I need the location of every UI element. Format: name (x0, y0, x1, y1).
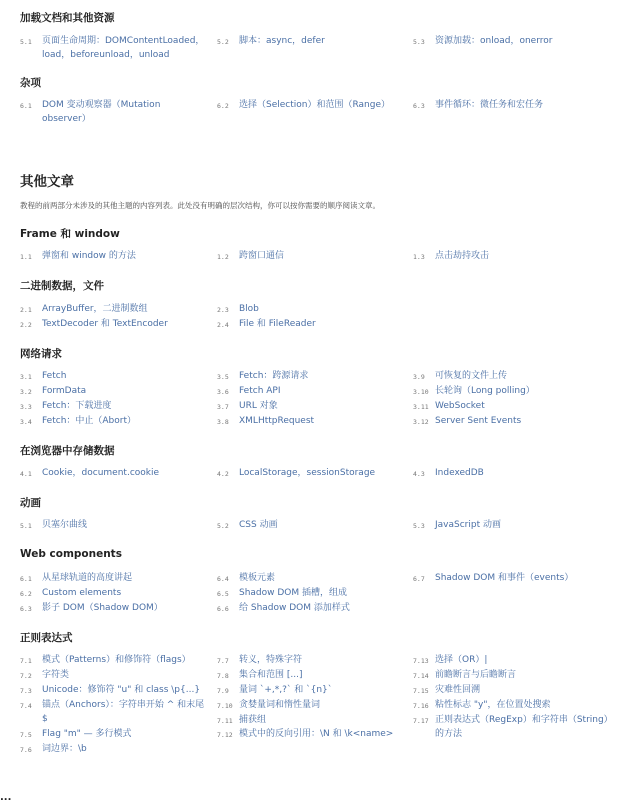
item-number: 3.12 (413, 415, 429, 429)
item-number: 3.8 (217, 415, 229, 429)
article-link[interactable]: 资源加载：onload，onerror (435, 34, 552, 48)
item-number: 3.11 (413, 400, 429, 414)
article-link[interactable]: 可恢复的文件上传 (435, 369, 507, 383)
article-link[interactable]: Fetch：中止（Abort） (42, 414, 136, 428)
item-number: 5.1 (20, 519, 32, 533)
article-link[interactable]: Blob (239, 302, 259, 316)
article-link[interactable]: 脚本：async，defer (239, 34, 325, 48)
article-link[interactable]: Fetch (42, 369, 66, 383)
item-number: 7.11 (217, 714, 233, 728)
item-number: 7.6 (20, 743, 32, 757)
item-number: 7.13 (413, 654, 429, 668)
section-heading-loading: 加载文档和其他资源 (20, 10, 115, 25)
item-number: 7.15 (413, 684, 429, 698)
article-link[interactable]: 字符类 (42, 668, 69, 682)
item-number: 3.6 (217, 385, 229, 399)
article-link[interactable]: Shadow DOM 插槽，组成 (239, 586, 347, 600)
article-link[interactable]: 模式（Patterns）和修饰符（flags） (42, 653, 191, 667)
item-number: 3.9 (413, 370, 425, 384)
item-number: 6.2 (20, 587, 32, 601)
item-number: 7.12 (217, 728, 233, 742)
article-link[interactable]: 弹窗和 window 的方法 (42, 249, 136, 263)
section-heading-misc: 杂项 (20, 75, 41, 90)
article-link[interactable]: 转义，特殊字符 (239, 653, 302, 667)
item-number: 3.1 (20, 370, 32, 384)
item-number: 5.2 (217, 35, 229, 49)
item-number: 7.2 (20, 669, 32, 683)
item-number: 7.1 (20, 654, 32, 668)
item-number: 6.1 (20, 572, 32, 586)
item-number: 7.16 (413, 699, 429, 713)
item-number: 7.14 (413, 669, 429, 683)
item-number: 5.1 (20, 35, 32, 49)
article-link[interactable]: CSS 动画 (239, 518, 278, 532)
item-number: 6.4 (217, 572, 229, 586)
item-number: 1.2 (217, 250, 229, 264)
article-link[interactable]: 锚点（Anchors）：字符串开始 ^ 和末尾 $ (42, 698, 210, 726)
section-heading-network: 网络请求 (20, 346, 62, 361)
article-link[interactable]: 集合和范围 [...] (239, 668, 302, 682)
section-heading-frame-window: Frame 和 window (20, 226, 120, 241)
article-link[interactable]: 选择（Selection）和范围（Range） (239, 98, 390, 112)
item-number: 5.3 (413, 519, 425, 533)
item-number: 2.1 (20, 303, 32, 317)
item-number: 3.2 (20, 385, 32, 399)
section-heading-binary: 二进制数据，文件 (20, 278, 104, 293)
article-link[interactable]: ArrayBuffer，二进制数组 (42, 302, 148, 316)
item-number: 7.4 (20, 699, 32, 713)
article-link[interactable]: FormData (42, 384, 86, 398)
section-heading-storage: 在浏览器中存储数据 (20, 443, 115, 458)
item-number: 6.3 (20, 602, 32, 616)
article-link[interactable]: 从星球轨道的高度讲起 (42, 571, 132, 585)
item-number: 1.3 (413, 250, 425, 264)
item-number: 7.17 (413, 714, 429, 728)
item-number: 7.8 (217, 669, 229, 683)
article-link[interactable]: Fetch：下载进度 (42, 399, 111, 413)
section-description: 教程的前两部分未涉及的其他主题的内容列表。此处没有明确的层次结构，你可以按你需要… (20, 200, 380, 211)
article-link[interactable]: File 和 FileReader (239, 317, 316, 331)
article-link[interactable]: 词边界：\b (42, 742, 87, 756)
article-link[interactable]: Custom elements (42, 586, 121, 600)
article-link[interactable]: Fetch：跨源请求 (239, 369, 308, 383)
article-link[interactable]: LocalStorage，sessionStorage (239, 466, 375, 480)
item-number: 7.10 (217, 699, 233, 713)
item-number: 6.2 (217, 99, 229, 113)
section-heading-regex: 正则表达式 (20, 630, 73, 645)
article-link[interactable]: 跨窗口通信 (239, 249, 284, 263)
article-link[interactable]: Unicode：修饰符 "u" 和 class \p{...} (42, 683, 200, 697)
article-link[interactable]: Server Sent Events (435, 414, 521, 428)
article-link[interactable]: 模式中的反向引用：\N 和 \k<name> (239, 727, 393, 741)
item-number: 7.5 (20, 728, 32, 742)
item-number: 6.3 (413, 99, 425, 113)
article-link[interactable]: 长轮询（Long polling） (435, 384, 535, 398)
item-number: 3.4 (20, 415, 32, 429)
item-number: 2.3 (217, 303, 229, 317)
page-section-title: 其他文章 (20, 170, 74, 190)
item-number: 6.5 (217, 587, 229, 601)
item-number: 4.2 (217, 467, 229, 481)
next-section-heading-fragment: ... (0, 792, 30, 800)
article-link[interactable]: 事件循环：微任务和宏任务 (435, 98, 543, 112)
article-link[interactable]: 正则表达式（RegExp）和字符串（String）的方法 (435, 713, 610, 741)
item-number: 7.9 (217, 684, 229, 698)
article-link[interactable]: URL 对象 (239, 399, 278, 413)
section-heading-web-components: Web components (20, 548, 122, 560)
item-number: 6.1 (20, 99, 32, 113)
item-number: 3.3 (20, 400, 32, 414)
article-link[interactable]: 模板元素 (239, 571, 275, 585)
item-number: 5.3 (413, 35, 425, 49)
item-number: 5.2 (217, 519, 229, 533)
item-number: 4.3 (413, 467, 425, 481)
article-link[interactable]: DOM 变动观察器（Mutation observer） (42, 98, 182, 126)
article-link[interactable]: 前瞻断言与后瞻断言 (435, 668, 516, 682)
article-link[interactable]: 页面生命周期：DOMContentLoaded，load，beforeunloa… (42, 34, 210, 62)
article-link[interactable]: JavaScript 动画 (435, 518, 501, 532)
section-heading-animation: 动画 (20, 495, 41, 510)
item-number: 7.7 (217, 654, 229, 668)
article-link[interactable]: XMLHttpRequest (239, 414, 314, 428)
article-link[interactable]: 捕获组 (239, 713, 266, 727)
article-link[interactable]: 量词 `+,*,?` 和 `{n}` (239, 683, 332, 697)
item-number: 7.3 (20, 684, 32, 698)
item-number: 2.2 (20, 318, 32, 332)
item-number: 6.7 (413, 572, 425, 586)
item-number: 3.5 (217, 370, 229, 384)
article-link[interactable]: Cookie，document.cookie (42, 466, 159, 480)
item-number: 4.1 (20, 467, 32, 481)
article-link[interactable]: 贝塞尔曲线 (42, 518, 87, 532)
article-link[interactable]: Flag "m" — 多行模式 (42, 727, 132, 741)
article-link[interactable]: 粘性标志 "y"，在位置处搜索 (435, 698, 550, 712)
article-link[interactable]: 贪婪量词和惰性量词 (239, 698, 320, 712)
article-link[interactable]: 点击劫持攻击 (435, 249, 489, 263)
article-link[interactable]: 灾难性回溯 (435, 683, 480, 697)
item-number: 2.4 (217, 318, 229, 332)
article-link[interactable]: TextDecoder 和 TextEncoder (42, 317, 168, 331)
article-link[interactable]: 影子 DOM（Shadow DOM） (42, 601, 163, 615)
article-link[interactable]: Fetch API (239, 384, 281, 398)
item-number: 1.1 (20, 250, 32, 264)
item-number: 6.6 (217, 602, 229, 616)
article-link[interactable]: IndexedDB (435, 466, 484, 480)
article-link[interactable]: Shadow DOM 和事件（events） (435, 571, 573, 585)
article-link[interactable]: WebSocket (435, 399, 485, 413)
item-number: 3.7 (217, 400, 229, 414)
article-link[interactable]: 给 Shadow DOM 添加样式 (239, 601, 350, 615)
article-link[interactable]: 选择（OR）| (435, 653, 487, 667)
item-number: 3.10 (413, 385, 429, 399)
